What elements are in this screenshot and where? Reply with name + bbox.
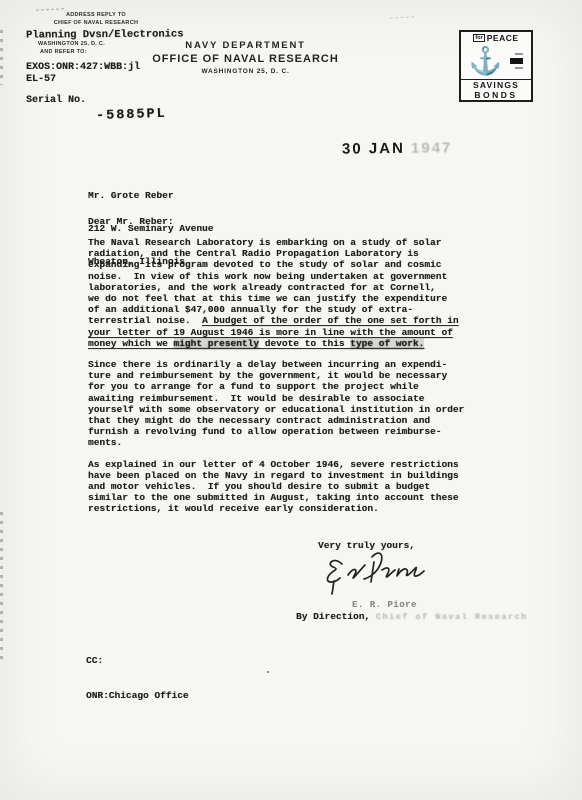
letter-text: The Naval Research Laboratory is embarki… — [88, 237, 441, 248]
letter-line: furnish a revolving fund to allow operat… — [88, 426, 480, 437]
underlined-text: might presently — [174, 338, 260, 349]
scan-artifact — [515, 67, 523, 69]
underlined-text: devote to this — [259, 338, 350, 349]
scan-artifact — [515, 53, 523, 55]
letter-line: restrictions, it would receive early con… — [88, 503, 480, 514]
letter-body: The Naval Research Laboratory is embarki… — [88, 237, 480, 525]
underlined-text: your letter of 19 August 1946 is more in… — [88, 327, 453, 338]
letter-text: of an additional $47,000 annually for th… — [88, 304, 413, 315]
scanned-letter-page: ADDRESS REPLY TO CHIEF OF NAVAL RESEARCH… — [0, 0, 582, 800]
date-received-stamp: 30 JAN 1947 — [342, 139, 453, 157]
by-direction-text: By Direction, — [296, 611, 370, 622]
bonds-stamp-header: for PEACE — [473, 33, 518, 43]
cc-label: CC: — [86, 655, 189, 667]
letter-line: As explained in our letter of 4 October … — [88, 459, 480, 470]
letter-paragraph: As explained in our letter of 4 October … — [88, 459, 480, 515]
reply-line-3: WASHINGTON 25, D. C. — [38, 41, 166, 49]
underlined-text: A budget of the order of the one set for… — [202, 315, 459, 326]
savings-bonds-stamp: for PEACE ⚓ SAVINGS BONDS — [459, 30, 533, 102]
letter-line: for you to arrange for a fund to support… — [88, 381, 480, 392]
letter-text: that they might do the necessary contrac… — [88, 415, 430, 426]
cc-recipient: ONR:Chicago Office — [86, 690, 189, 702]
salutation: Dear Mr. Reber: — [88, 216, 174, 227]
bonds-for-label: for — [473, 34, 484, 42]
by-direction-line: By Direction, Chief of Naval Research — [296, 611, 528, 622]
letter-line: and motor vehicles. If you should desire… — [88, 481, 480, 492]
letter-text: radiation, and the Central Radio Propaga… — [88, 248, 419, 259]
letter-line: awaiting reimbursement. It would be desi… — [88, 393, 480, 404]
letter-line: Since there is ordinarily a delay betwee… — [88, 359, 480, 370]
letterhead-city: WASHINGTON 25, D. C. — [148, 68, 343, 75]
underlined-text: type of work. — [350, 338, 424, 349]
signature-script — [322, 548, 440, 602]
letter-text: we do not feel that at this time we can … — [88, 293, 447, 304]
bonds-bonds-label: BONDS — [461, 90, 531, 100]
scan-artifact — [390, 16, 414, 18]
serial-number-stamp: -5885PL — [96, 107, 167, 124]
letter-line: radiation, and the Central Radio Propaga… — [88, 248, 480, 259]
reply-address-block: ADDRESS REPLY TO CHIEF OF NAVAL RESEARCH… — [26, 12, 166, 106]
letter-text: awaiting reimbursement. It would be desi… — [88, 393, 424, 404]
office-title: OFFICE OF NAVAL RESEARCH — [148, 53, 343, 65]
file-number: EXOS:ONR:427:WBB:jl — [26, 62, 166, 74]
letter-text: for you to arrange for a fund to support… — [88, 381, 419, 392]
scan-artifact — [510, 58, 523, 64]
letter-line: similar to the one submitted in August, … — [88, 492, 480, 503]
division-stamp: Planning Dvsn/Electronics — [26, 29, 166, 42]
letter-line: have been placed on the Navy in regard t… — [88, 470, 480, 481]
letter-paragraph: Since there is ordinarily a delay betwee… — [88, 359, 480, 449]
reply-line-1: ADDRESS REPLY TO — [26, 12, 166, 20]
pencil-mark — [36, 8, 64, 10]
file-code: EL-57 — [26, 74, 166, 86]
serial-number-label: Serial No. — [26, 95, 166, 106]
bonds-savings-label: SAVINGS — [461, 81, 531, 90]
letter-line: money which we might presently devote to… — [88, 338, 480, 349]
letter-line: that they might do the necessary contrac… — [88, 415, 480, 426]
signer-typed-name: E. R. Piore — [352, 600, 417, 610]
letter-line: your letter of 19 August 1946 is more in… — [88, 327, 480, 338]
letter-text: As explained in our letter of 4 October … — [88, 459, 459, 470]
letter-text: furnish a revolving fund to allow operat… — [88, 426, 441, 437]
by-direction-faded-text: Chief of Naval Research — [376, 612, 528, 622]
letter-line: ture and reimbursement by the government… — [88, 370, 480, 381]
letter-text: restrictions, it would receive early con… — [88, 503, 379, 514]
letter-text: noise. In view of this work now being un… — [88, 271, 447, 282]
letter-text: have been placed on the Navy in regard t… — [88, 470, 459, 481]
underlined-text: money which we — [88, 338, 174, 349]
letter-text: expanding its program devoted to the stu… — [88, 259, 441, 270]
letter-line: we do not feel that at this time we can … — [88, 293, 480, 304]
letter-line: expanding its program devoted to the stu… — [88, 259, 480, 270]
letter-text: ture and reimbursement by the government… — [88, 370, 447, 381]
letter-text: laboratories, and the work already contr… — [88, 282, 436, 293]
cc-block: CC: ONR:Chicago Office — [86, 632, 189, 724]
date-stamp-year: 1947 — [411, 139, 453, 156]
letter-text: ments. — [88, 437, 122, 448]
recipient-name: Mr. Grote Reber — [88, 190, 213, 201]
scan-artifact — [267, 671, 269, 673]
letter-line: laboratories, and the work already contr… — [88, 282, 480, 293]
letter-text: Since there is ordinarily a delay betwee… — [88, 359, 447, 370]
letter-line: ments. — [88, 437, 480, 448]
letter-paragraph: The Naval Research Laboratory is embarki… — [88, 237, 480, 349]
letterhead-block: NAVY DEPARTMENT OFFICE OF NAVAL RESEARCH… — [148, 40, 343, 75]
bonds-peace-label: PEACE — [487, 33, 519, 43]
bonds-stamp-footer: SAVINGS BONDS — [461, 79, 531, 100]
letter-text: terrestrial noise. — [88, 315, 202, 326]
anchor-icon: ⚓ — [469, 48, 503, 75]
date-stamp-day-month: 30 JAN — [342, 140, 405, 158]
letter-text: yourself with some observatory or educat… — [88, 404, 464, 415]
letter-text: similar to the one submitted in August, … — [88, 492, 459, 503]
letter-text: and motor vehicles. If you should desire… — [88, 481, 430, 492]
reply-line-2: CHIEF OF NAVAL RESEARCH — [26, 20, 166, 28]
letter-line: The Naval Research Laboratory is embarki… — [88, 237, 480, 248]
scan-artifact — [0, 30, 3, 85]
bonds-smudged-text — [510, 53, 523, 69]
letter-line: of an additional $47,000 annually for th… — [88, 304, 480, 315]
letter-line: noise. In view of this work now being un… — [88, 271, 480, 282]
letter-line: terrestrial noise. A budget of the order… — [88, 315, 480, 326]
letter-line: yourself with some observatory or educat… — [88, 404, 480, 415]
department-title: NAVY DEPARTMENT — [148, 40, 343, 51]
scan-artifact — [0, 512, 3, 664]
bonds-stamp-middle: ⚓ — [461, 43, 531, 79]
